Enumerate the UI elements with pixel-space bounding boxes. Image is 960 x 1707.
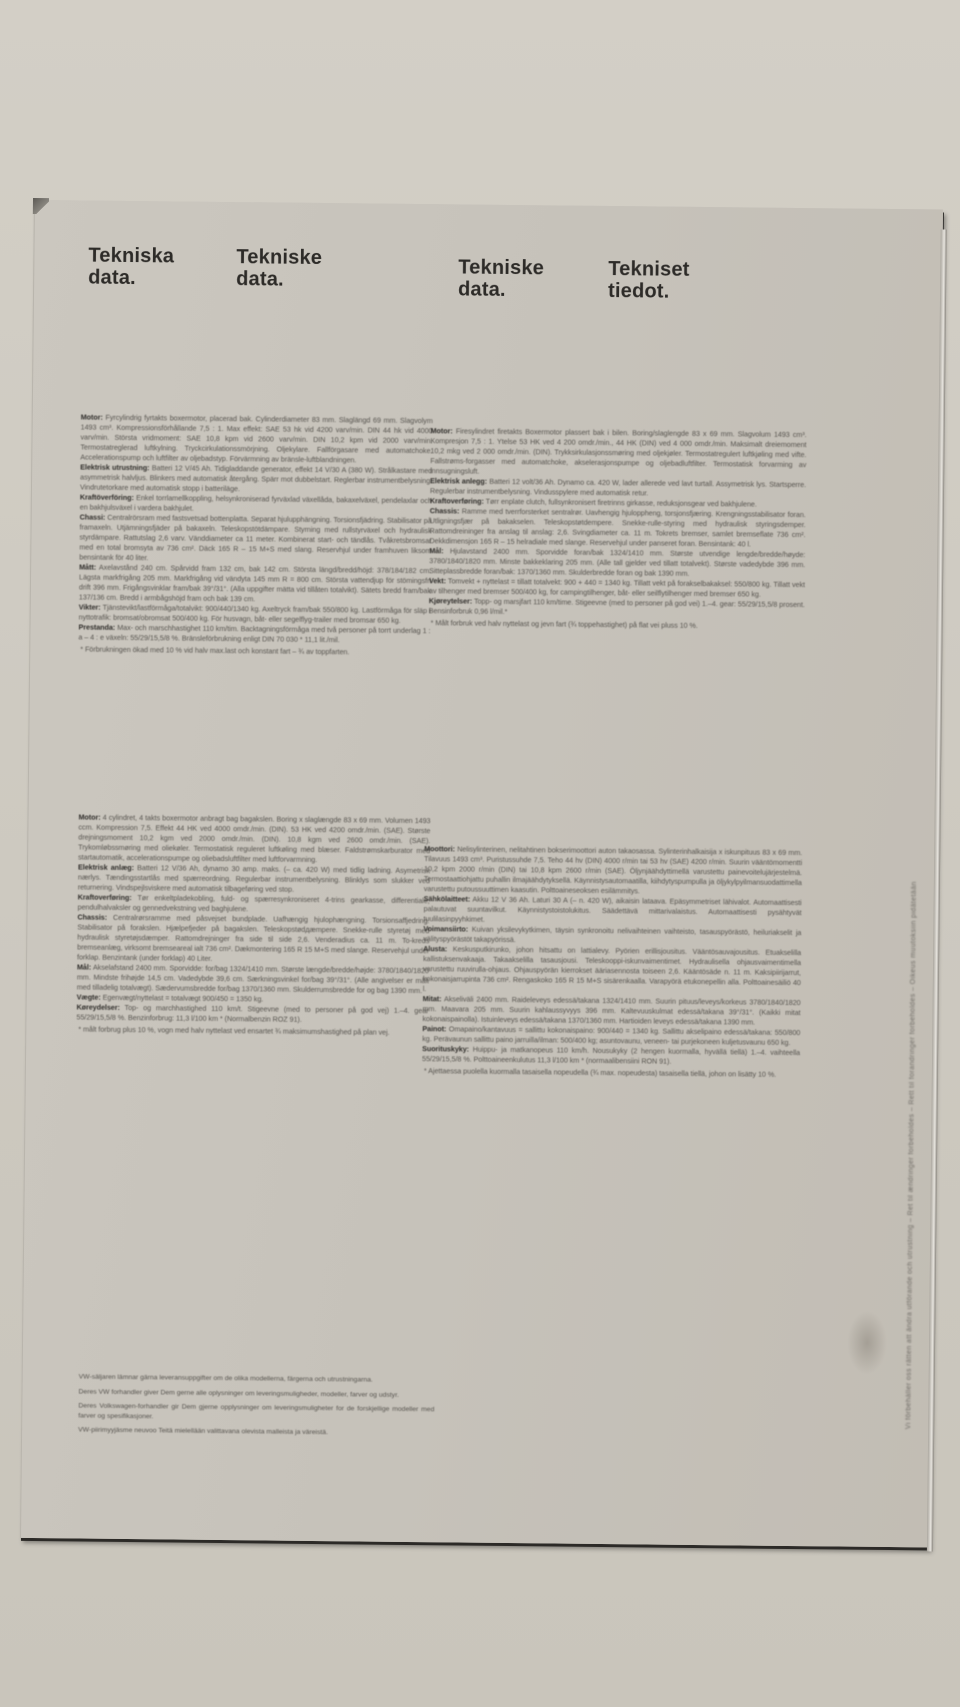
swedish-specs: Motor: Fyrcylindrig fyrtakts boxermotor,… [78,413,433,659]
spec-performance: Kjøreytelser: Topp- og marsjfart 110 km/… [429,596,805,620]
dealer-note-swedish: VW-säljaren lämnar gärna leveransuppgift… [79,1373,435,1386]
document-page: Tekniska data. Tekniske data. Tekniske d… [20,200,943,1547]
spec-performance: Suorituskyky: Huippu- ja matkanopeus 110… [422,1044,800,1068]
heading-norwegian: Tekniske data. [458,256,544,301]
spec-chassis: Chassis: Centralrørsramme med påsvejset … [77,912,430,966]
spec-performance: Køreydelser: Top- og marchhastighed 110 … [76,1002,428,1026]
footnote: * Förbrukningen ökad med 10 % vid halv m… [78,644,430,658]
spec-chassis: Chassis: Ramme med tverrforsterket sentr… [429,506,805,550]
spec-electrical: Sähkölaitteet: Akku 12 V 36 Ah. Laturi 3… [423,894,801,928]
spec-dimensions: Mål: Akselafstand 2400 mm. Sporvidde: fo… [77,962,429,996]
spec-electrical: Elektrisk anlæg: Batteri 12 V/36 Ah, dyn… [78,862,430,896]
title-row: Tekniska data. Tekniske data. Tekniske d… [88,245,943,324]
footnote: * Ajettaessa puolella kuormalla tasaisel… [422,1066,800,1080]
footnote: * målt forbrug plus 10 %, vogn med halv … [76,1024,428,1038]
spec-dimensions: Mått: Axelavstånd 240 cm. Spårvidd fram … [79,562,431,606]
norwegian-specs: Motor: Firesylindret firetakts Boxermoto… [429,426,807,632]
vertical-edge-text: Vi förbehåller oss rätten att ändra utfö… [905,449,922,1429]
spec-chassis: Alusta: Keskusputkirunko, johon hitsattu… [423,944,802,998]
dealer-notes: VW-säljaren lämnar gärna leveransuppgift… [78,1373,435,1444]
heading-danish: Tekniske data. [236,246,322,291]
dealer-note-finnish: VW-piirimyyjäsme neuvoo Teitä mielellään… [78,1426,434,1439]
spec-motor: Motor: 4 cylindret, 4 takts boxermotor a… [78,813,431,867]
spec-motor: Moottori: Nelisylinterinen, nelitahtinen… [424,844,803,898]
spec-motor: Motor: Fyrcylindrig fyrtakts boxermotor,… [80,413,433,467]
spec-chassis: Chassi: Centralrörsram med fastsvetsad b… [79,512,432,566]
spec-dimensions: Mitat: Akseliväli 2400 mm. Raideleveys e… [422,994,800,1028]
danish-specs: Motor: 4 cylindret, 4 takts boxermotor a… [76,813,430,1039]
dealer-note-danish: Deres VW forhandler giver Dem gerne alle… [78,1387,434,1400]
footnote: * Målt forbruk ved halv nyttelast og jev… [429,618,805,632]
heading-swedish: Tekniska data. [88,245,174,290]
dealer-note-norwegian: Deres Volkswagen-forhandler gir Dem gjer… [78,1402,434,1425]
spec-motor: Motor: Firesylindret firetakts Boxermoto… [430,426,807,480]
spec-electrical: Elektrisk utrustning: Batteri 12 V/45 Ah… [80,462,432,496]
paper-stain [847,1311,888,1375]
spec-performance: Prestanda: Max- och marschhastighet 110 … [78,622,430,646]
finnish-specs: Moottori: Nelisylinterinen, nelitahtinen… [422,844,802,1080]
heading-finnish: Tekniset tiedot. [608,258,690,303]
spec-dimensions: Mål: Hjulavstand 2400 mm. Sporvidde fora… [429,546,805,580]
